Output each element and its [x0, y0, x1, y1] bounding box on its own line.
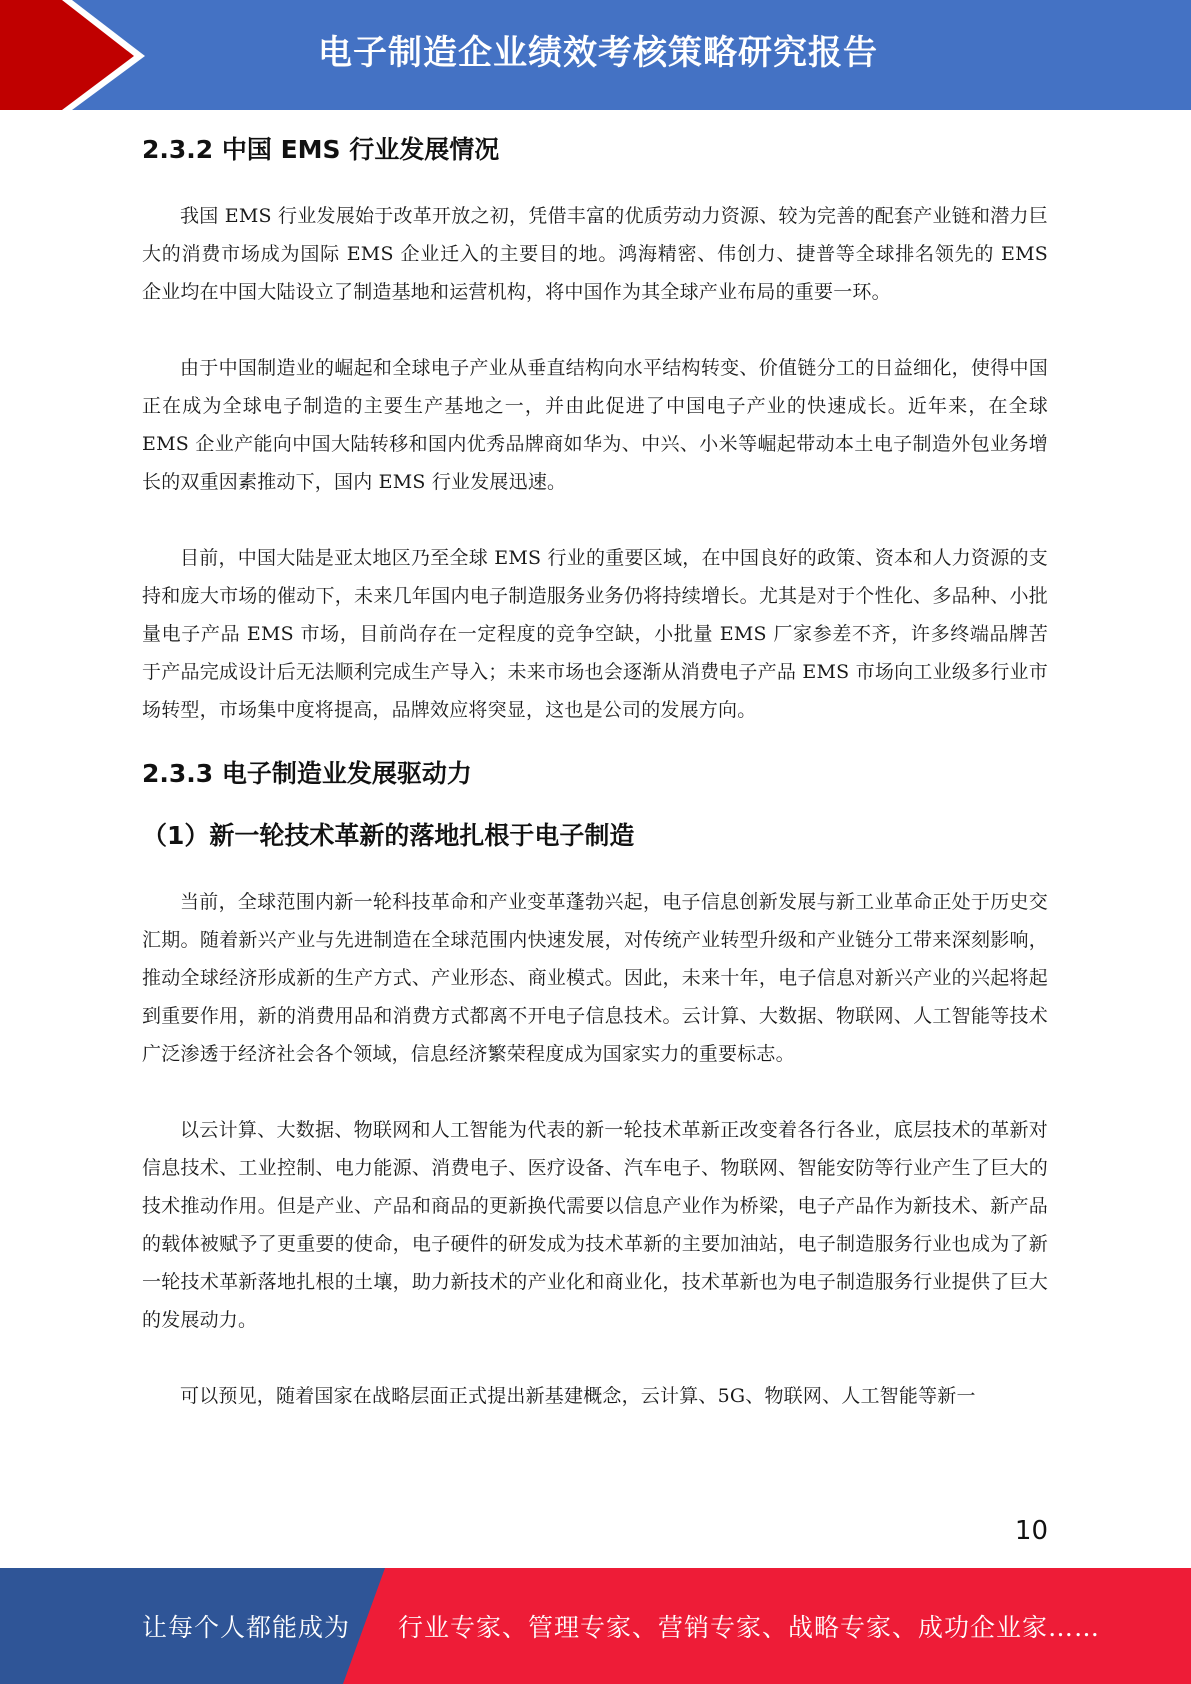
paragraph: 我国 EMS 行业发展始于改革开放之初，凭借丰富的优质劳动力资源、较为完善的配套… [142, 197, 1048, 311]
footer-slogan-left: 让每个人都能成为 [142, 1608, 350, 1644]
paragraph: 目前，中国大陆是亚太地区乃至全球 EMS 行业的重要区域，在中国良好的政策、资本… [142, 539, 1048, 729]
paragraph: 以云计算、大数据、物联网和人工智能为代表的新一轮技术革新正改变着各行各业，底层技… [142, 1111, 1048, 1339]
report-title: 电子制造企业绩效考核策略研究报告 [318, 28, 878, 78]
paragraph: 可以预见，随着国家在战略层面正式提出新基建概念，云计算、5G、物联网、人工智能等… [142, 1377, 1048, 1415]
paragraph: 由于中国制造业的崛起和全球电子产业从垂直结构向水平结构转变、价值链分工的日益细化… [142, 349, 1048, 501]
page-number: 10 [1015, 1516, 1048, 1546]
section-heading: 2.3.2 中国 EMS 行业发展情况 [142, 125, 1048, 175]
main-content: 2.3.2 中国 EMS 行业发展情况 我国 EMS 行业发展始于改革开放之初，… [142, 125, 1048, 1415]
page-header: 电子制造企业绩效考核策略研究报告 [0, 0, 1191, 110]
paragraph: 当前，全球范围内新一轮科技革命和产业变革蓬勃兴起，电子信息创新发展与新工业革命正… [142, 883, 1048, 1073]
subsection-heading: （1）新一轮技术革新的落地扎根于电子制造 [142, 811, 1048, 861]
page-footer: 让每个人都能成为 行业专家、管理专家、营销专家、战略专家、成功企业家…… [0, 1568, 1191, 1684]
red-arrow-icon [0, 0, 200, 110]
section-heading: 2.3.3 电子制造业发展驱动力 [142, 749, 1048, 799]
footer-slogan-right: 行业专家、管理专家、营销专家、战略专家、成功企业家…… [398, 1608, 1100, 1644]
